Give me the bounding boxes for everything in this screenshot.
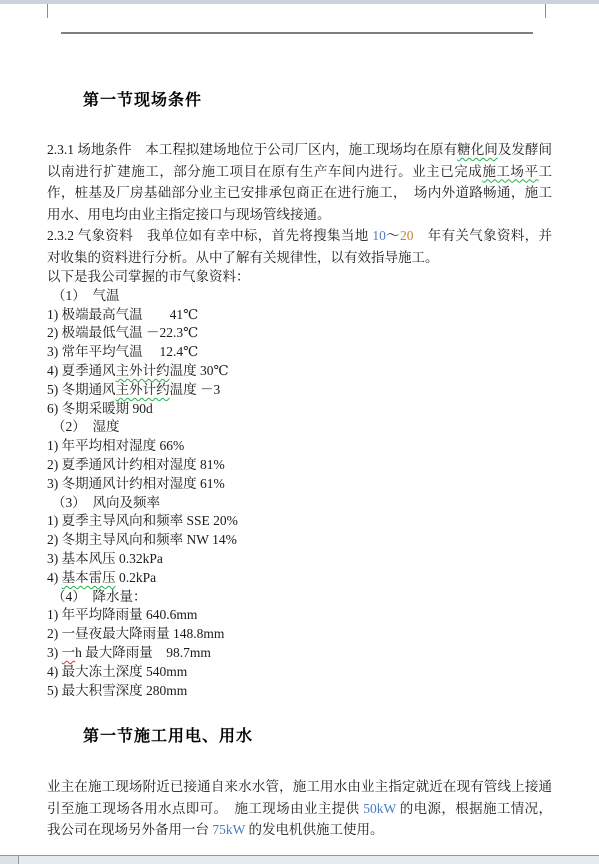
spellcheck-term: 糖化间 bbox=[457, 142, 498, 157]
document-content: 第一节现场条件 2.3.1 场地条件 本工程拟建场地位于公司厂区内，施工现场均在… bbox=[47, 0, 552, 841]
paragraph-utilities: 业主在施工现场附近已接通自来水水管，施工用水由业主指定就近在现有管线上接通引至施… bbox=[47, 776, 552, 841]
tilde: ～ bbox=[386, 228, 400, 243]
power-value-75kw: 75kW bbox=[212, 822, 245, 837]
spellcheck-term: 一 bbox=[62, 645, 76, 660]
power-value-50kw: 50kW bbox=[363, 801, 396, 816]
list-item: 2) 冬期主导风向和频率 NW 14% bbox=[47, 531, 552, 550]
list-item: 1) 年平均降雨量 640.6mm bbox=[47, 606, 552, 625]
horizontal-scrollbar[interactable] bbox=[0, 855, 599, 864]
list-item: 5) 冬期通风主外计约温度 －3 bbox=[47, 381, 552, 400]
paragraph-text: 2.3.2 气象资料 我单位如有幸中标，首先将搜集当地 bbox=[47, 228, 372, 243]
list-item: 3) 常年平均气温 12.4℃ bbox=[47, 343, 552, 362]
group-header-wind: （3） 风向及频率 bbox=[47, 494, 552, 513]
list-item-text: 4) bbox=[47, 570, 62, 585]
section-1-title: 第一节现场条件 bbox=[47, 0, 552, 112]
list-item-text: 温度 30℃ bbox=[170, 363, 229, 378]
paragraph-2-3-1: 2.3.1 场地条件 本工程拟建场地位于公司厂区内，施工现场均在原有糖化间及发酵… bbox=[47, 139, 552, 225]
group-header-humidity: （2） 湿度 bbox=[47, 418, 552, 437]
list-item: 1) 年平均相对湿度 66% bbox=[47, 437, 552, 456]
paragraph-text: 的发电机供施工使用。 bbox=[245, 822, 383, 837]
list-item: 4) 最大冻土深度 540mm bbox=[47, 663, 552, 682]
spellcheck-term: 主外计约 bbox=[116, 382, 170, 397]
list-item-text: 温度 －3 bbox=[170, 382, 221, 397]
list-item: 1) 极端最高气温 41℃ bbox=[47, 306, 552, 325]
list-item: 6) 冬期采暖期 90d bbox=[47, 400, 552, 419]
list-item: 5) 最大积雪深度 280mm bbox=[47, 682, 552, 701]
year-range-end: 20 bbox=[400, 228, 414, 243]
list-item: 4) 基本雷压 0.2kPa bbox=[47, 569, 552, 588]
spellcheck-term: 基本雷压 bbox=[62, 570, 116, 585]
spellcheck-term: 施工场平 bbox=[482, 164, 538, 179]
list-item: 3) 一h 最大降雨量 98.7mm bbox=[47, 644, 552, 663]
spellcheck-term: 主外计约 bbox=[116, 363, 170, 378]
list-item-text: 5) 冬期通风 bbox=[47, 382, 116, 397]
group-header-precipitation: （4） 降水量： bbox=[47, 588, 552, 607]
paragraph-2-3-2: 2.3.2 气象资料 我单位如有幸中标，首先将搜集当地 10～20 年有关气象资… bbox=[47, 225, 552, 268]
list-item: 2) 极端最低气温 －22.3℃ bbox=[47, 324, 552, 343]
document-page: 第一节现场条件 2.3.1 场地条件 本工程拟建场地位于公司厂区内，施工现场均在… bbox=[0, 0, 599, 864]
list-item: 2) 夏季通风计约相对湿度 81% bbox=[47, 456, 552, 475]
paragraph-text: 2.3.1 场地条件 本工程拟建场地位于公司厂区内，施工现场均在原有 bbox=[47, 142, 457, 157]
list-item-text: 3) bbox=[47, 645, 62, 660]
list-item: 3) 冬期通风计约相对湿度 61% bbox=[47, 475, 552, 494]
scrollbar-left-cell[interactable] bbox=[0, 856, 19, 864]
list-item: 2) 一昼夜最大降雨量 148.8mm bbox=[47, 625, 552, 644]
list-item: 4) 夏季通风主外计约温度 30℃ bbox=[47, 362, 552, 381]
list-item-text: h 最大降雨量 98.7mm bbox=[75, 645, 211, 660]
list-item: 1) 夏季主导风向和频率 SSE 20% bbox=[47, 512, 552, 531]
weather-intro-line: 以下是我公司掌握的市气象资料： bbox=[47, 268, 552, 287]
list-item-text: 0.2kPa bbox=[116, 570, 157, 585]
group-header-temperature: （1） 气温 bbox=[47, 287, 552, 306]
section-2-title: 第一节施工用电、用水 bbox=[47, 726, 552, 748]
list-item-text: 4) 夏季通风 bbox=[47, 363, 116, 378]
list-item: 3) 基本风压 0.32kPa bbox=[47, 550, 552, 569]
year-range-start: 10 bbox=[372, 228, 386, 243]
